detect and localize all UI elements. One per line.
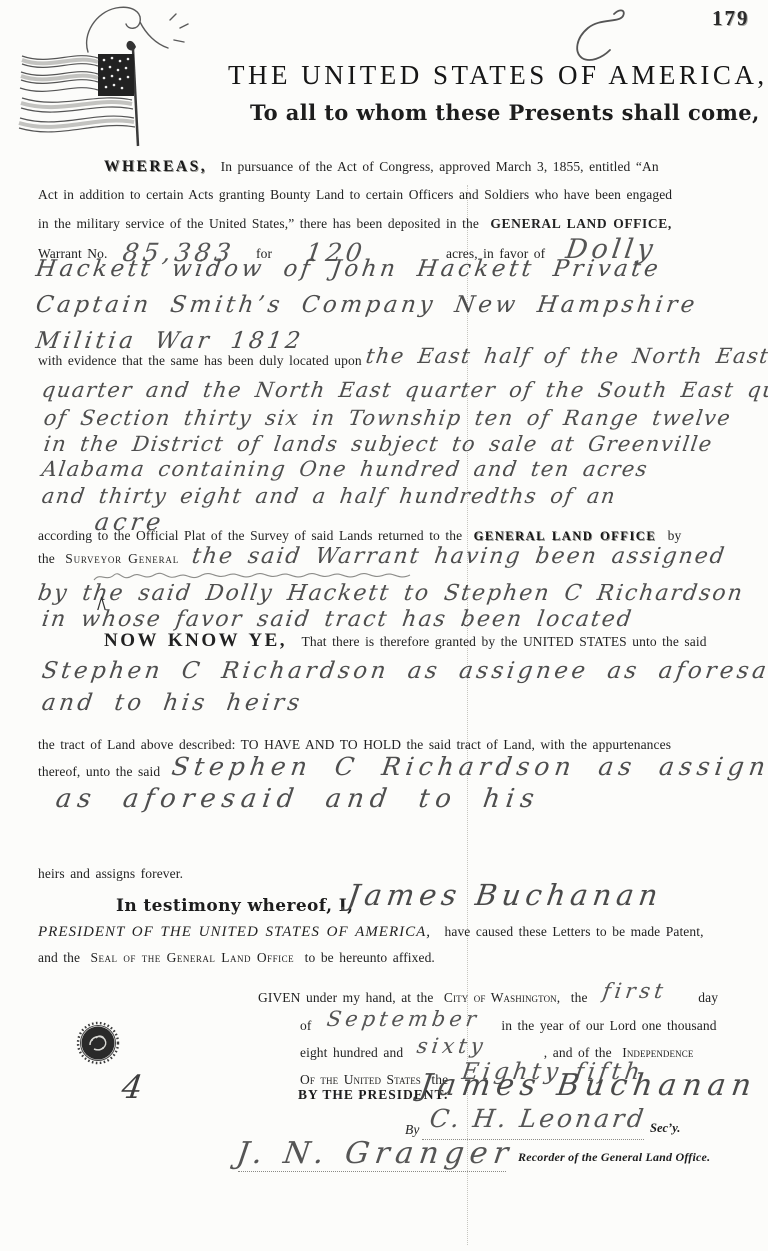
surveyor-the: the bbox=[38, 551, 55, 566]
land-line-1: the East half of the North East bbox=[364, 344, 768, 368]
land-line-6: and thirty eight and a half hundredths o… bbox=[40, 484, 618, 508]
given-1a: GIVEN under my hand, at the bbox=[258, 990, 433, 1005]
given-city-washington: City of Washington, bbox=[444, 990, 560, 1005]
recorder-title: Recorder of the General Land Office. bbox=[518, 1150, 710, 1165]
general-land-office-ornate: GENERAL LAND OFFICE bbox=[474, 529, 657, 543]
given-3a: eight hundred and bbox=[300, 1045, 403, 1060]
land-line-5: Alabama containing One hundred and ten a… bbox=[40, 457, 650, 481]
margin-numeral: 4 bbox=[119, 1068, 145, 1106]
recorder-signature-rule bbox=[238, 1170, 506, 1172]
given-month: September bbox=[325, 1007, 481, 1031]
surveyor-general-label: Surveyor General bbox=[65, 551, 179, 566]
given-day-word: first bbox=[601, 979, 668, 1003]
president-title-italic: PRESIDENT OF THE UNITED STATES OF AMERIC… bbox=[38, 924, 431, 940]
given-1c: the bbox=[571, 990, 588, 1005]
whereas-line-1-text: In pursuance of the Act of Congress, app… bbox=[221, 159, 659, 174]
land-patent-document: 179 bbox=[0, 0, 768, 1251]
land-line-4: in the District of lands subject to sale… bbox=[42, 432, 714, 456]
given-1d: day bbox=[698, 990, 718, 1005]
now-know-ye-line: NOW KNOW YE, That there is therefore gra… bbox=[104, 630, 707, 652]
given-independence: Independence bbox=[622, 1045, 693, 1060]
land-line-3: of Section thirty six in Township ten of… bbox=[42, 406, 733, 430]
given-4a: Of the United States bbox=[300, 1072, 421, 1087]
president-signature-2: James Buchanan bbox=[418, 1068, 760, 1103]
grantee-line-1: Hackett widow of John Hackett Private bbox=[34, 256, 663, 282]
flag-illustration bbox=[16, 34, 166, 149]
document-title: THE UNITED STATES OF AMERICA, bbox=[228, 60, 768, 91]
seal-line-b: Seal of the General Land Office bbox=[91, 950, 295, 965]
page-number: 179 bbox=[712, 6, 750, 31]
president-signature-1: James Buchanan bbox=[346, 878, 665, 912]
plat-line: according to the Official Plat of the Su… bbox=[38, 528, 681, 544]
heirs-forever-line: heirs and assigns forever. bbox=[38, 866, 183, 882]
habendum-line-1: the tract of Land above described: TO HA… bbox=[38, 737, 671, 753]
given-2b: in the year of our Lord one thousand bbox=[501, 1018, 716, 1033]
assignment-line-2: by the said Dolly Hackett to Stephen C R… bbox=[36, 581, 745, 606]
whereas-line-1: WHEREAS, In pursuance of the Act of Cong… bbox=[104, 158, 659, 176]
grantee-line-3: Militia War 1812 bbox=[34, 328, 305, 354]
seal-stamp bbox=[76, 1021, 120, 1065]
given-2a: of bbox=[300, 1018, 311, 1033]
whereas-line-2: Act in addition to certain Acts granting… bbox=[38, 187, 672, 203]
now-know-ye-words: NOW KNOW YE, bbox=[104, 630, 287, 651]
recorder-signature: J. N. Granger bbox=[235, 1136, 517, 1171]
president-title-rest: have caused these Letters to be made Pat… bbox=[445, 924, 704, 939]
assignment-line-3: in whose favor said tract has been locat… bbox=[40, 607, 634, 632]
president-title-line: PRESIDENT OF THE UNITED STATES OF AMERIC… bbox=[38, 924, 704, 941]
whereas-line-3-text: in the military service of the United St… bbox=[38, 216, 479, 231]
seal-line-a: and the bbox=[38, 950, 80, 965]
in-testimony-line: In testimony whereof, I, bbox=[116, 896, 353, 916]
plat-line-text: according to the Official Plat of the Su… bbox=[38, 528, 462, 543]
general-land-office-caps: GENERAL LAND OFFICE, bbox=[490, 216, 671, 231]
land-line-2: quarter and the North East quarter of th… bbox=[40, 378, 768, 402]
grant-hw-line-2: and to his heirs bbox=[40, 690, 304, 716]
surveyor-general-line: the Surveyor General bbox=[38, 551, 179, 567]
secretary-title: Sec’y. bbox=[650, 1121, 680, 1136]
seal-affixed-line: and the Seal of the General Land Office … bbox=[38, 950, 435, 966]
given-3b: , and of the bbox=[544, 1045, 612, 1060]
seal-line-c: to be hereunto affixed. bbox=[305, 950, 435, 965]
whereas-word: WHEREAS, bbox=[104, 158, 207, 175]
now-know-ye-text: That there is therefore granted by the U… bbox=[302, 634, 707, 649]
located-upon-label: with evidence that the same has been dul… bbox=[38, 353, 362, 369]
plat-line-by: by bbox=[668, 528, 682, 543]
secretary-signature: C. H. Leonard bbox=[428, 1104, 648, 1133]
given-line-1: GIVEN under my hand, at the City of Wash… bbox=[258, 983, 718, 1007]
given-line-2: of September in the year of our Lord one… bbox=[300, 1011, 717, 1035]
grant-hw-line-1: Stephen C Richardson as assignee as afor… bbox=[40, 658, 768, 684]
whereas-line-3: in the military service of the United St… bbox=[38, 216, 672, 232]
habendum-hw-line-2: as aforesaid and to his bbox=[54, 784, 542, 814]
given-year-word: sixty bbox=[415, 1034, 488, 1058]
salutation-line: To all to whom these Presents shall come… bbox=[250, 100, 768, 125]
habendum-line-2: thereof, unto the said bbox=[38, 764, 160, 780]
grantee-line-2: Captain Smith’s Company New Hampshire bbox=[34, 292, 699, 318]
habendum-hw-line-1: Stephen C Richardson as assignee bbox=[170, 752, 768, 781]
